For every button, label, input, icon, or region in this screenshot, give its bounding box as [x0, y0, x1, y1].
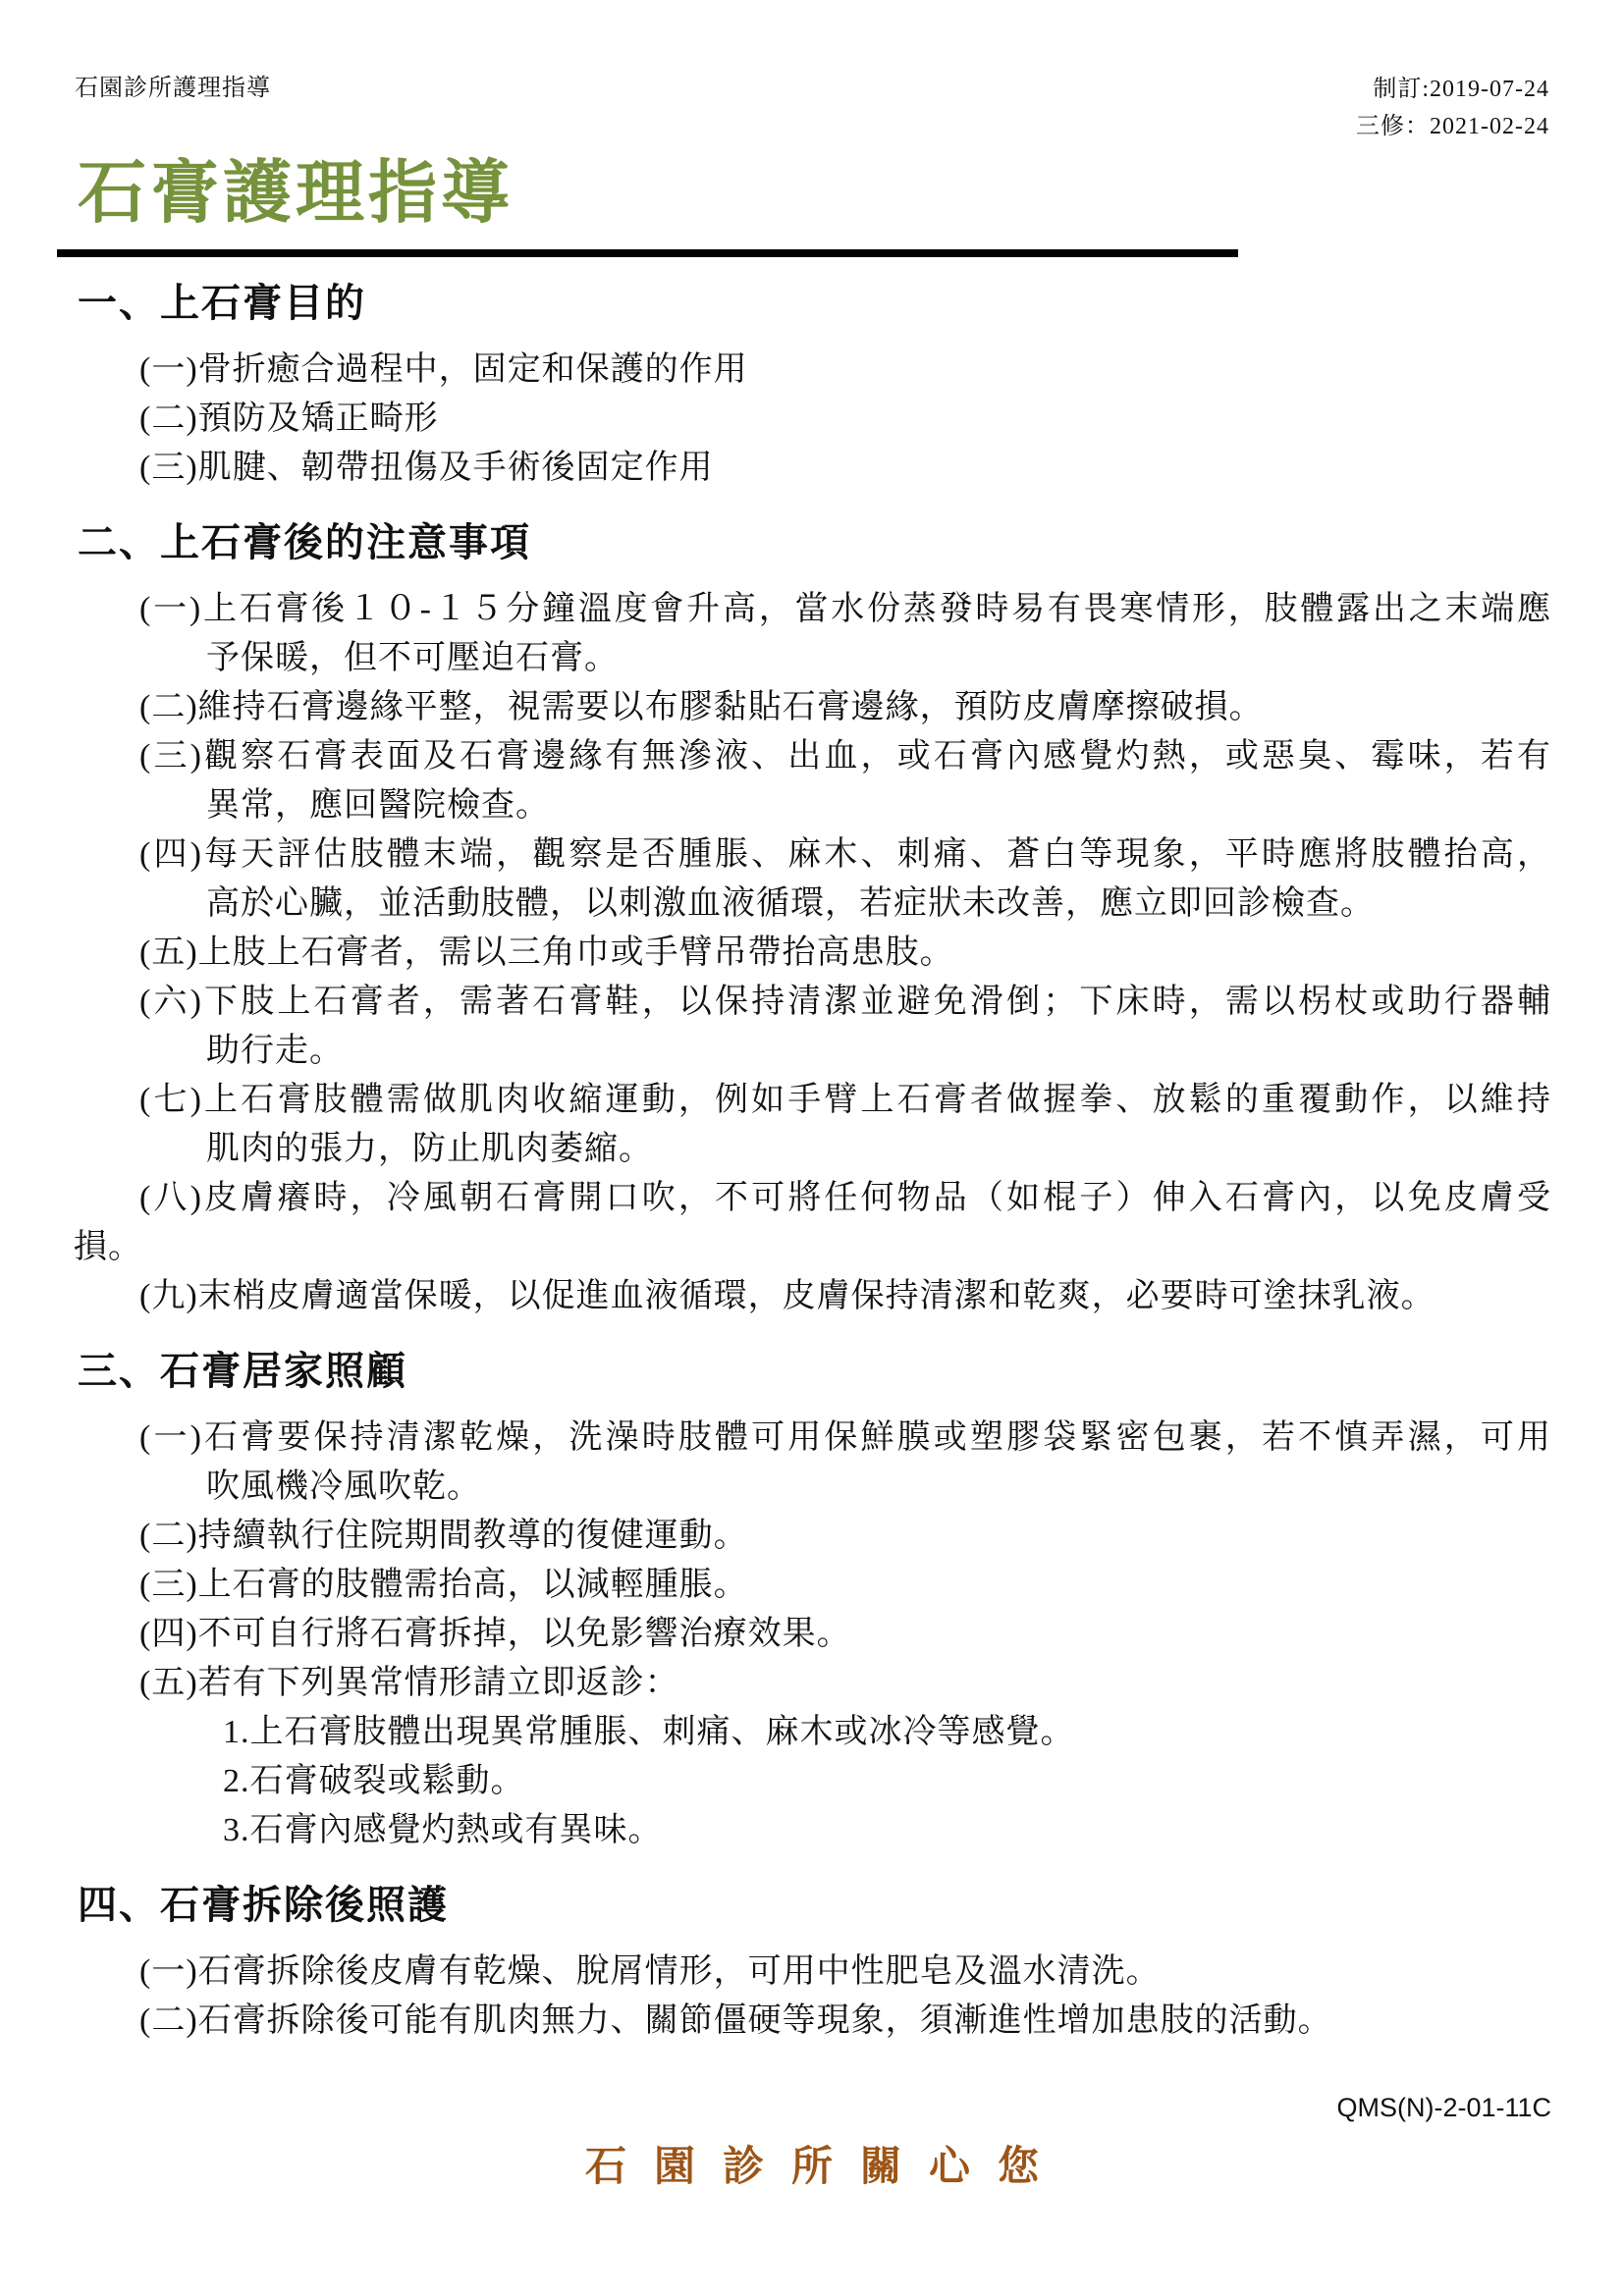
- continuation-line: 予保暖，但不可壓迫石膏。: [139, 634, 1551, 683]
- section-body: (一)石膏拆除後皮膚有乾燥、脫屑情形，可用中性肥皂及溫水清洗。(二)石膏拆除後可…: [0, 1948, 1624, 2046]
- item-line: (三)肌腱、韌帶扭傷及手術後固定作用: [139, 444, 1551, 493]
- item-line: (四)不可自行將石膏拆掉，以免影響治療效果。: [139, 1610, 1551, 1659]
- continuation-line: 肌肉的張力，防止肌肉萎縮。: [139, 1125, 1551, 1174]
- item-line: (二)維持石膏邊緣平整，視需要以布膠黏貼石膏邊緣，預防皮膚摩擦破損。: [139, 683, 1551, 732]
- revision-date-third: 三修：2021-02-24: [1356, 108, 1549, 145]
- sections-container: 一、上石膏目的(一)骨折癒合過程中，固定和保護的作用(二)預防及矯正畸形(三)肌…: [0, 279, 1624, 2046]
- continuation-line: 損。: [74, 1223, 1551, 1272]
- section-heading: 一、上石膏目的: [78, 279, 1624, 328]
- section-body: (一)石膏要保持清潔乾燥，洗澡時肢體可用保鮮膜或塑膠袋緊密包裹，若不慎弄濕，可用…: [0, 1414, 1624, 1855]
- section-heading: 四、石膏拆除後照護: [78, 1881, 1624, 1930]
- item-line: (一)石膏要保持清潔乾燥，洗澡時肢體可用保鮮膜或塑膠袋緊密包裹，若不慎弄濕，可用: [139, 1414, 1551, 1463]
- document-page: 石園診所護理指導 制訂:2019-07-24 三修：2021-02-24 石膏護…: [0, 0, 1624, 2296]
- footer-slogan: 石園診所關心您: [0, 2140, 1624, 2195]
- sub-item-line: 3.石膏內感覺灼熱或有異味。: [139, 1806, 1551, 1855]
- item-line: (四)每天評估肢體末端，觀察是否腫脹、麻木、刺痛、蒼白等現象，平時應將肢體抬高，: [139, 830, 1551, 880]
- header-revisions: 制訂:2019-07-24 三修：2021-02-24: [1356, 71, 1549, 145]
- item-line: (三)上石膏的肢體需抬高，以減輕腫脹。: [139, 1561, 1551, 1610]
- item-line: (八)皮膚癢時，冷風朝石膏開口吹，不可將任何物品（如棍子）伸入石膏內，以免皮膚受: [139, 1174, 1551, 1223]
- page-title: 石膏護理指導: [78, 149, 1624, 240]
- continuation-line: 異常，應回醫院檢查。: [139, 781, 1551, 830]
- item-line: (五)上肢上石膏者，需以三角巾或手臂吊帶抬高患肢。: [139, 929, 1551, 978]
- item-line: (二)預防及矯正畸形: [139, 395, 1551, 444]
- item-line: (一)上石膏後１０-１５分鐘溫度會升高，當水份蒸發時易有畏寒情形，肢體露出之末端…: [139, 585, 1551, 634]
- item-line: (一)石膏拆除後皮膚有乾燥、脫屑情形，可用中性肥皂及溫水清洗。: [139, 1948, 1551, 1997]
- continuation-line: 吹風機冷風吹乾。: [139, 1463, 1551, 1512]
- doc-code: QMS(N)-2-01-11C: [0, 2091, 1624, 2124]
- item-line: (七)上石膏肢體需做肌肉收縮運動，例如手臂上石膏者做握拳、放鬆的重覆動作，以維持: [139, 1076, 1551, 1125]
- section-body: (一)上石膏後１０-１５分鐘溫度會升高，當水份蒸發時易有畏寒情形，肢體露出之末端…: [0, 585, 1624, 1321]
- item-line: (一)骨折癒合過程中，固定和保護的作用: [139, 346, 1551, 395]
- item-line: (六)下肢上石膏者，需著石膏鞋，以保持清潔並避免滑倒；下床時，需以柺杖或助行器輔: [139, 978, 1551, 1027]
- header-doc-type: 石園診所護理指導: [75, 71, 271, 106]
- item-line: (九)末梢皮膚適當保暖，以促進血液循環，皮膚保持清潔和乾爽，必要時可塗抹乳液。: [139, 1272, 1551, 1321]
- section-body: (一)骨折癒合過程中，固定和保護的作用(二)預防及矯正畸形(三)肌腱、韌帶扭傷及…: [0, 346, 1624, 493]
- continuation-line: 助行走。: [139, 1027, 1551, 1076]
- page-header: 石園診所護理指導 制訂:2019-07-24 三修：2021-02-24: [0, 0, 1624, 145]
- item-line: (三)觀察石膏表面及石膏邊緣有無滲液、出血，或石膏內感覺灼熱，或惡臭、霉味，若有: [139, 732, 1551, 781]
- item-line: (五)若有下列異常情形請立即返診：: [139, 1659, 1551, 1708]
- revision-date-created: 制訂:2019-07-24: [1356, 71, 1549, 108]
- title-divider: [57, 249, 1238, 257]
- sub-item-line: 1.上石膏肢體出現異常腫脹、刺痛、麻木或冰冷等感覺。: [139, 1708, 1551, 1757]
- item-line: (二)持續執行住院期間教導的復健運動。: [139, 1512, 1551, 1561]
- sub-item-line: 2.石膏破裂或鬆動。: [139, 1757, 1551, 1806]
- section-heading: 二、上石膏後的注意事項: [78, 518, 1624, 567]
- continuation-line: 高於心臟，並活動肢體，以刺激血液循環，若症狀未改善，應立即回診檢查。: [139, 880, 1551, 929]
- item-line: (二)石膏拆除後可能有肌肉無力、關節僵硬等現象，須漸進性增加患肢的活動。: [139, 1997, 1551, 2046]
- section-heading: 三、石膏居家照顧: [78, 1347, 1624, 1396]
